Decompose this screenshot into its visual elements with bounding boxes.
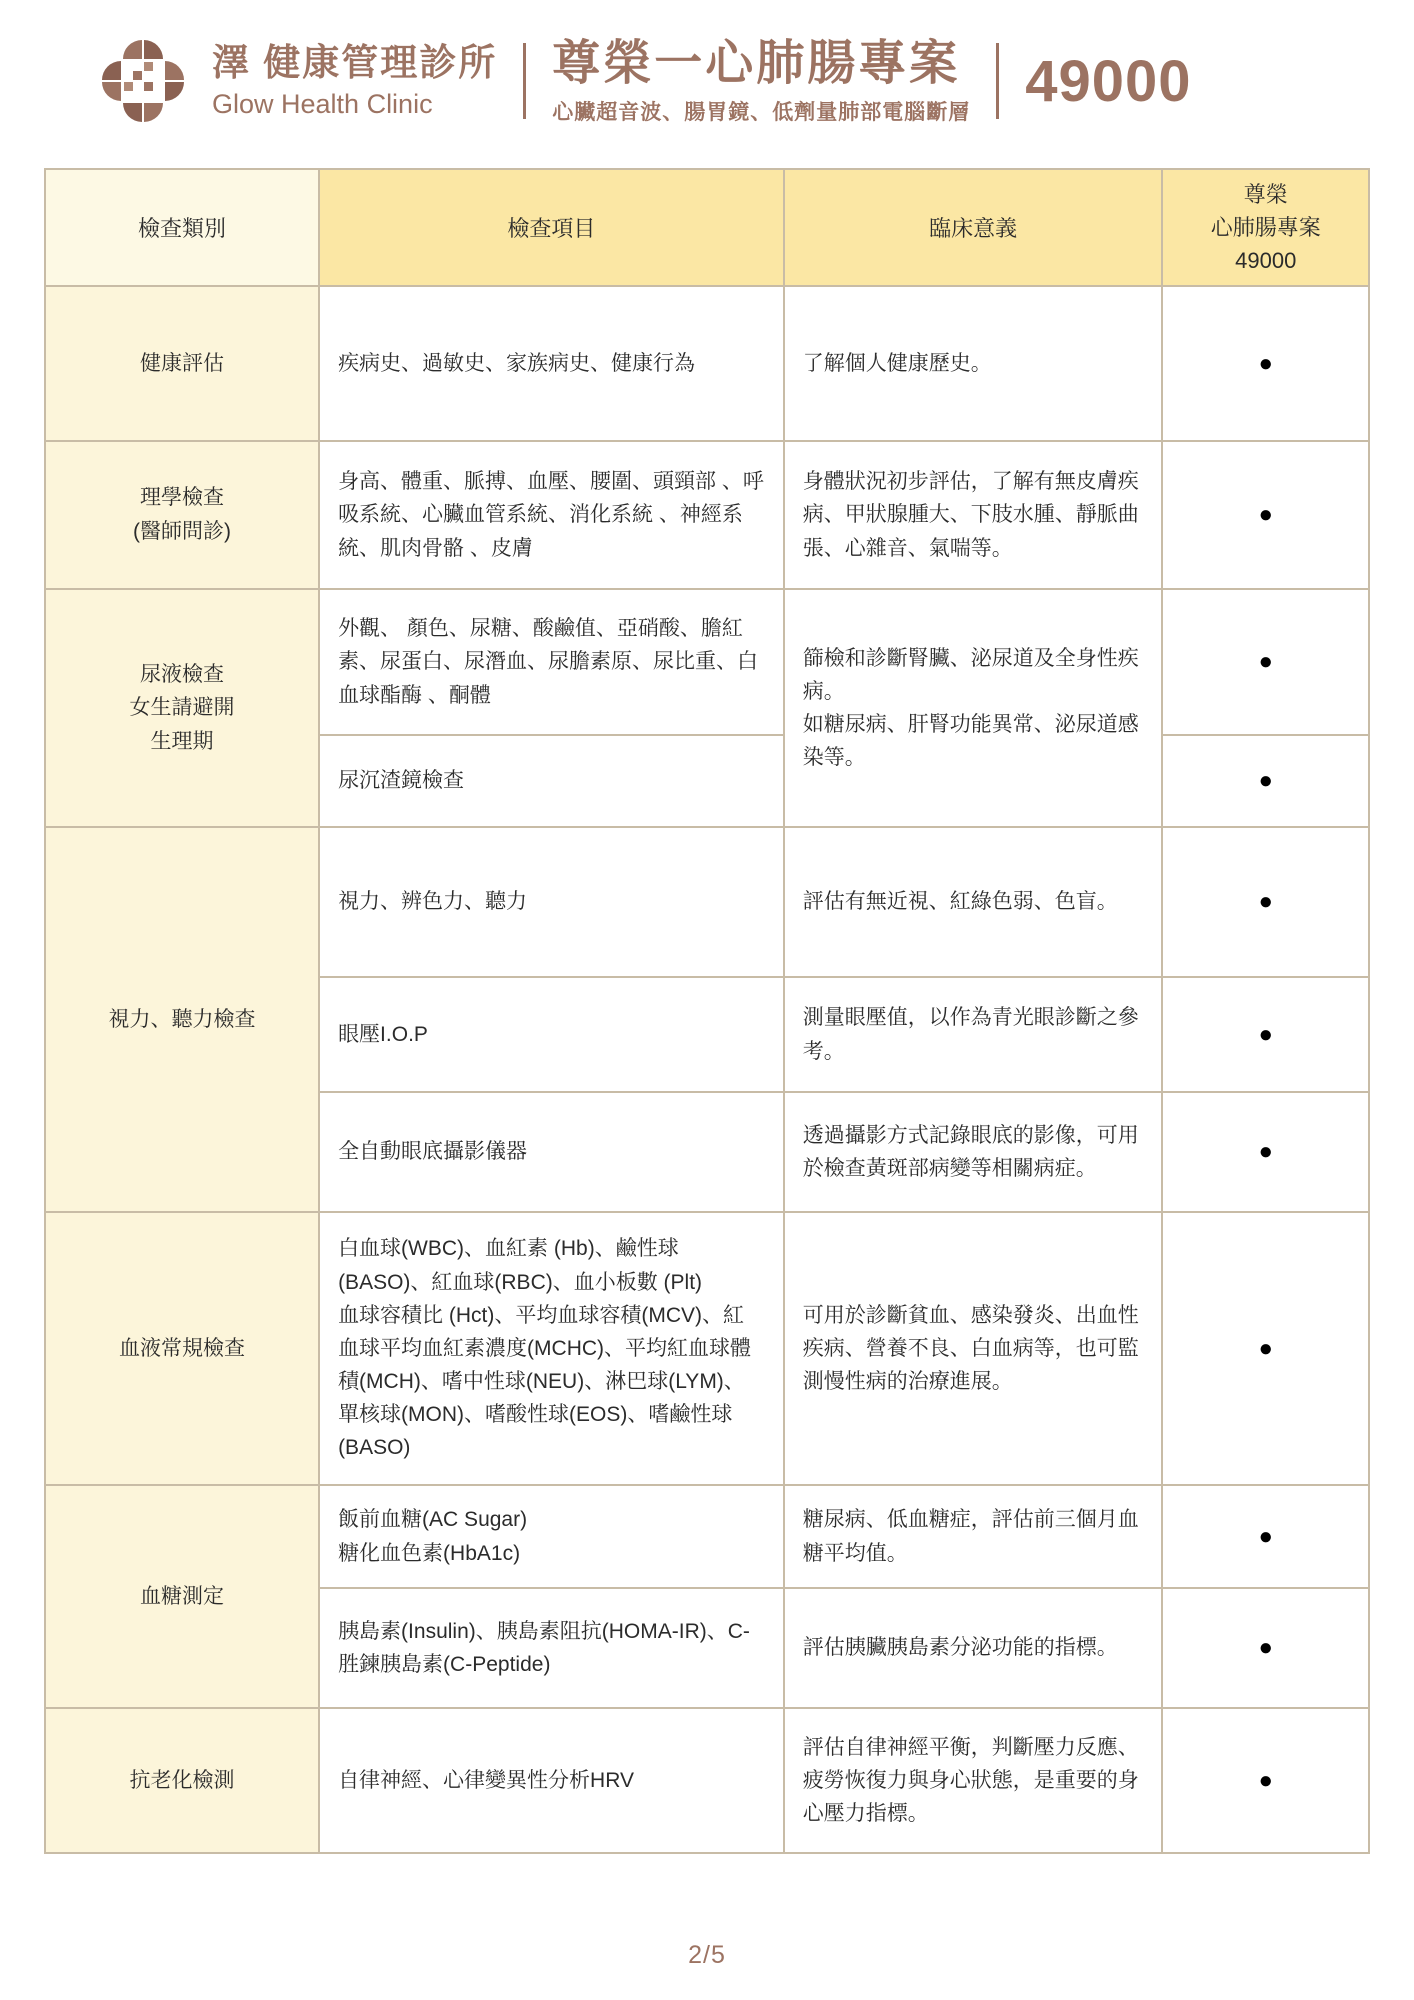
significance-cell: 透過攝影方式記錄眼底的影像，可用於檢查黃斑部病變等相關病症。: [784, 1092, 1163, 1212]
table-row: 抗老化檢測 自律神經、心律變異性分析HRV 評估自律神經平衡，判斷壓力反應、疲勞…: [45, 1708, 1369, 1853]
items-cell: 視力、辨色力、聽力: [319, 827, 784, 977]
included-cell: ●: [1162, 1485, 1369, 1588]
table-row: 血糖測定 飯前血糖(AC Sugar) 糖化血色素(HbA1c) 糖尿病、低血糖…: [45, 1485, 1369, 1588]
significance-cell: 了解個人健康歷史。: [784, 286, 1163, 441]
items-cell: 飯前血糖(AC Sugar) 糖化血色素(HbA1c): [319, 1485, 784, 1588]
program-price: 49000: [1025, 48, 1191, 115]
included-cell: ●: [1162, 441, 1369, 589]
program-block: 尊榮一心肺腸專案 心臟超音波、腸胃鏡、低劑量肺部電腦斷層: [552, 38, 970, 124]
category-cell: 尿液檢查 女生請避開 生理期: [45, 589, 319, 827]
included-dot-icon: ●: [1258, 350, 1273, 377]
clinic-name-zh: 澤 健康管理診所: [212, 42, 497, 85]
included-cell: ●: [1162, 589, 1369, 735]
category-cell: 理學檢查 (醫師問診): [45, 441, 319, 589]
col-header-category: 檢查類別: [45, 169, 319, 286]
significance-cell: 身體狀況初步評估，了解有無皮膚疾病、甲狀腺腫大、下肢水腫、靜脈曲張、心雜音、氣喘…: [784, 441, 1163, 589]
significance-cell: 測量眼壓值，以作為青光眼診斷之參考。: [784, 977, 1163, 1092]
table-row: 血液常規檢查 白血球(WBC)、血紅素 (Hb)、鹼性球(BASO)、紅血球(R…: [45, 1212, 1369, 1485]
col-header-significance: 臨床意義: [784, 169, 1163, 286]
category-cell: 抗老化檢測: [45, 1708, 319, 1853]
page-header: 澤 健康管理診所 Glow Health Clinic 尊榮一心肺腸專案 心臟超…: [0, 0, 1414, 136]
clinic-name-en: Glow Health Clinic: [212, 89, 497, 120]
included-cell: ●: [1162, 1092, 1369, 1212]
table-row: 理學檢查 (醫師問診) 身高、體重、脈搏、血壓、腰圍、頭頸部 、呼吸系統、心臟血…: [45, 441, 1369, 589]
included-cell: ●: [1162, 735, 1369, 827]
program-title: 尊榮一心肺腸專案: [552, 38, 970, 91]
included-dot-icon: ●: [1258, 1767, 1273, 1794]
included-cell: ●: [1162, 977, 1369, 1092]
items-cell: 全自動眼底攝影儀器: [319, 1092, 784, 1212]
included-cell: ●: [1162, 286, 1369, 441]
items-cell: 身高、體重、脈搏、血壓、腰圍、頭頸部 、呼吸系統、心臟血管系統、消化系統 、神經…: [319, 441, 784, 589]
page-number: 2/5: [0, 1941, 1414, 1970]
table-row: 尿液檢查 女生請避開 生理期 外觀、 顏色、尿糖、酸鹼值、亞硝酸、膽紅素、尿蛋白…: [45, 589, 1369, 735]
significance-cell: 評估胰臟胰島素分泌功能的指標。: [784, 1588, 1163, 1708]
included-dot-icon: ●: [1258, 648, 1273, 675]
items-cell: 外觀、 顏色、尿糖、酸鹼值、亞硝酸、膽紅素、尿蛋白、尿潛血、尿膽素原、尿比重、白…: [319, 589, 784, 735]
clinic-name-block: 澤 健康管理診所 Glow Health Clinic: [212, 42, 497, 120]
category-cell: 視力、聽力檢查: [45, 827, 319, 1212]
included-dot-icon: ●: [1258, 1335, 1273, 1362]
clinic-logo-icon: [100, 38, 186, 124]
col-header-plan: 尊榮 心肺腸專案 49000: [1162, 169, 1369, 286]
items-cell: 眼壓I.O.P: [319, 977, 784, 1092]
included-dot-icon: ●: [1258, 767, 1273, 794]
significance-cell: 評估有無近視、紅綠色弱、色盲。: [784, 827, 1163, 977]
significance-cell: 糖尿病、低血糖症，評估前三個月血糖平均值。: [784, 1485, 1163, 1588]
items-cell: 自律神經、心律變異性分析HRV: [319, 1708, 784, 1853]
significance-cell: 篩檢和診斷腎臟、泌尿道及全身性疾病。 如糖尿病、肝腎功能異常、泌尿道感染等。: [784, 589, 1163, 827]
included-cell: ●: [1162, 1708, 1369, 1853]
included-dot-icon: ●: [1258, 501, 1273, 528]
included-dot-icon: ●: [1258, 1138, 1273, 1165]
header-divider: [523, 43, 526, 119]
category-cell: 血液常規檢查: [45, 1212, 319, 1485]
items-cell: 胰島素(Insulin)、胰島素阻抗(HOMA-IR)、C-胜鍊胰島素(C-Pe…: [319, 1588, 784, 1708]
included-dot-icon: ●: [1258, 1021, 1273, 1048]
included-cell: ●: [1162, 1588, 1369, 1708]
category-cell: 血糖測定: [45, 1485, 319, 1708]
program-subtitle: 心臟超音波、腸胃鏡、低劑量肺部電腦斷層: [552, 101, 970, 124]
included-cell: ●: [1162, 827, 1369, 977]
table-row: 視力、聽力檢查 視力、辨色力、聽力 評估有無近視、紅綠色弱、色盲。 ●: [45, 827, 1369, 977]
col-header-items: 檢查項目: [319, 169, 784, 286]
included-dot-icon: ●: [1258, 1523, 1273, 1550]
header-divider: [996, 43, 999, 119]
exam-table: 檢查類別 檢查項目 臨床意義 尊榮 心肺腸專案 49000 健康評估 疾病史、過…: [44, 168, 1370, 1854]
included-cell: ●: [1162, 1212, 1369, 1485]
table-header-row: 檢查類別 檢查項目 臨床意義 尊榮 心肺腸專案 49000: [45, 169, 1369, 286]
category-cell: 健康評估: [45, 286, 319, 441]
items-cell: 疾病史、過敏史、家族病史、健康行為: [319, 286, 784, 441]
table-row: 健康評估 疾病史、過敏史、家族病史、健康行為 了解個人健康歷史。 ●: [45, 286, 1369, 441]
items-cell: 尿沉渣鏡檢查: [319, 735, 784, 827]
included-dot-icon: ●: [1258, 1634, 1273, 1661]
document-page: 澤 健康管理診所 Glow Health Clinic 尊榮一心肺腸專案 心臟超…: [0, 0, 1414, 2000]
items-cell: 白血球(WBC)、血紅素 (Hb)、鹼性球(BASO)、紅血球(RBC)、血小板…: [319, 1212, 784, 1485]
significance-cell: 評估自律神經平衡，判斷壓力反應、疲勞恢復力與身心狀態，是重要的身心壓力指標。: [784, 1708, 1163, 1853]
significance-cell: 可用於診斷貧血、感染發炎、出血性疾病、營養不良、白血病等，也可監測慢性病的治療進…: [784, 1212, 1163, 1485]
included-dot-icon: ●: [1258, 888, 1273, 915]
